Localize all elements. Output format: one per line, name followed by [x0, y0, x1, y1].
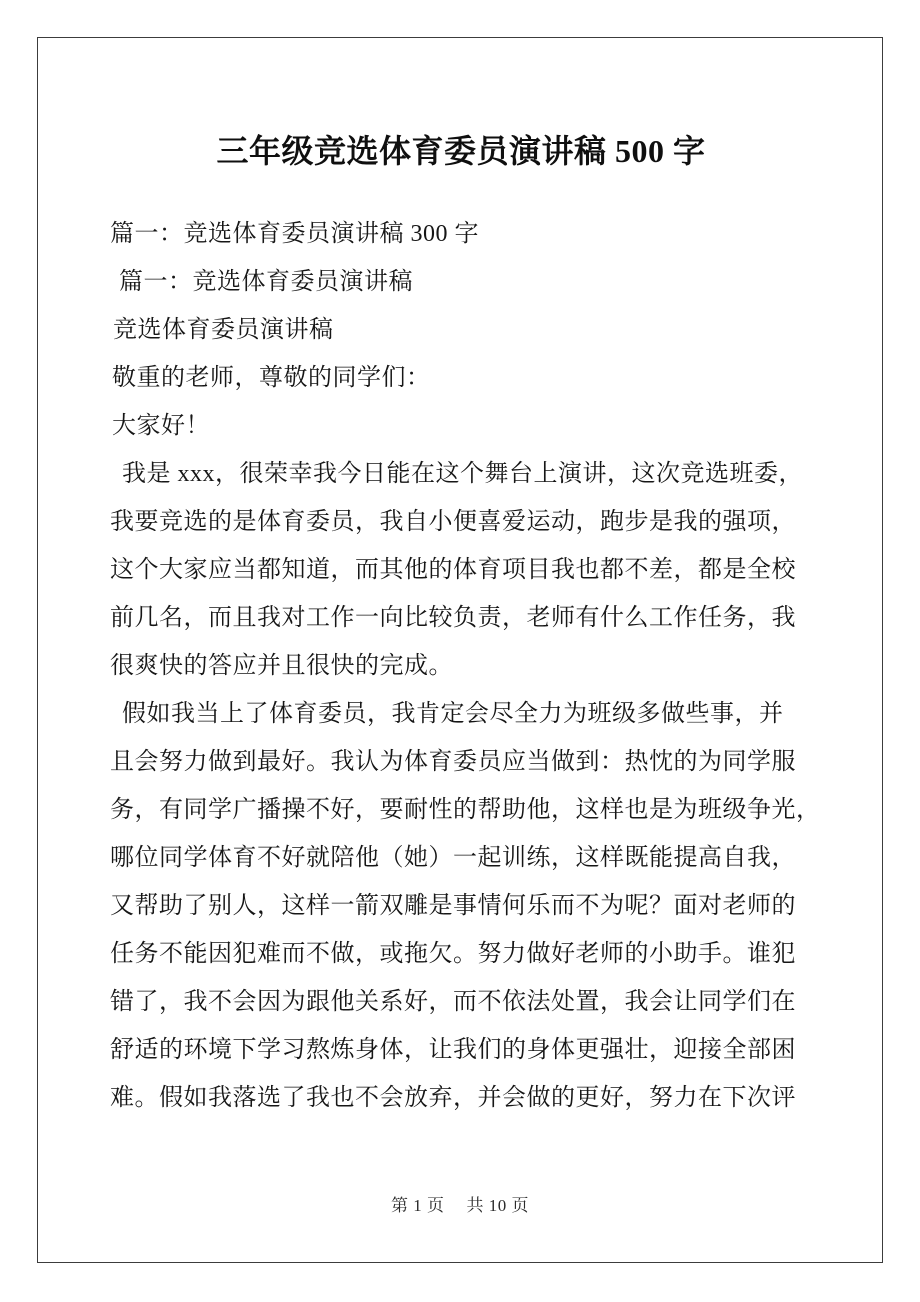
- paragraph-line: 错了，我不会因为跟他关系好，而不依法处置，我会让同学们在: [110, 978, 836, 1026]
- page-footer: 第 1 页共 10 页: [0, 1194, 920, 1218]
- paragraph: 篇一：竞选体育委员演讲稿 300 字: [110, 210, 836, 258]
- paragraph: 假如我当上了体育委员，我肯定会尽全力为班级多做些事，并且会努力做到最好。我认为体…: [110, 690, 836, 1122]
- paragraph-line: 又帮助了别人，这样一箭双雕是事情何乐而不为呢？面对老师的: [110, 882, 836, 930]
- document-body: 篇一：竞选体育委员演讲稿 300 字篇一：竞选体育委员演讲稿竞选体育委员演讲稿敬…: [110, 210, 836, 1122]
- paragraph-line: 舒适的环境下学习熬炼身体，让我们的身体更强壮，迎接全部困: [110, 1026, 836, 1074]
- document-title: 三年级竞选体育委员演讲稿 500 字: [85, 131, 837, 171]
- paragraph-line: 我是 xxx，很荣幸我今日能在这个舞台上演讲，这次竞选班委，: [110, 450, 836, 498]
- paragraph-line: 敬重的老师，尊敬的同学们：: [110, 354, 836, 402]
- paragraph-line: 竞选体育委员演讲稿: [110, 306, 836, 354]
- paragraph-line: 篇一：竞选体育委员演讲稿 300 字: [110, 210, 836, 258]
- paragraph: 篇一：竞选体育委员演讲稿: [110, 258, 836, 306]
- paragraph-line: 前几名，而且我对工作一向比较负责，老师有什么工作任务，我: [110, 594, 836, 642]
- document-page: 三年级竞选体育委员演讲稿 500 字 篇一：竞选体育委员演讲稿 300 字篇一：…: [0, 0, 920, 1302]
- footer-current-page: 第 1 页: [391, 1196, 445, 1215]
- paragraph-line: 难。假如我落选了我也不会放弃，并会做的更好，努力在下次评: [110, 1074, 836, 1122]
- paragraph-line: 很爽快的答应并且很快的完成。: [110, 642, 836, 690]
- footer-total-pages: 共 10 页: [467, 1196, 530, 1215]
- paragraph-line: 这个大家应当都知道，而其他的体育项目我也都不差，都是全校: [110, 546, 836, 594]
- paragraph-line: 哪位同学体育不好就陪他（她）一起训练，这样既能提高自我，: [110, 834, 836, 882]
- paragraph-line: 务，有同学广播操不好，要耐性的帮助他，这样也是为班级争光，: [110, 786, 836, 834]
- paragraph-line: 篇一：竞选体育委员演讲稿: [110, 258, 836, 306]
- paragraph: 我是 xxx，很荣幸我今日能在这个舞台上演讲，这次竞选班委，我要竞选的是体育委员…: [110, 450, 836, 690]
- paragraph-line: 我要竞选的是体育委员，我自小便喜爱运动，跑步是我的强项，: [110, 498, 836, 546]
- paragraph-line: 任务不能因犯难而不做，或拖欠。努力做好老师的小助手。谁犯: [110, 930, 836, 978]
- paragraph-line: 大家好！: [110, 402, 836, 450]
- paragraph-line: 假如我当上了体育委员，我肯定会尽全力为班级多做些事，并: [110, 690, 836, 738]
- paragraph: 大家好！: [110, 402, 836, 450]
- paragraph-line: 且会努力做到最好。我认为体育委员应当做到：热忱的为同学服: [110, 738, 836, 786]
- paragraph: 敬重的老师，尊敬的同学们：: [110, 354, 836, 402]
- paragraph: 竞选体育委员演讲稿: [110, 306, 836, 354]
